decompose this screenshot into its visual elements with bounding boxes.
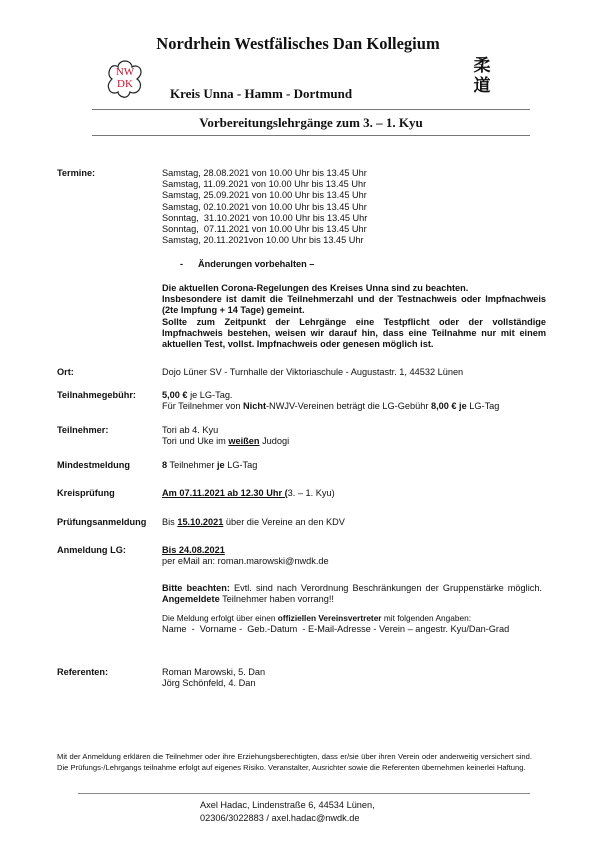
referenten-list: Roman Marowski, 5. Dan Jörg Schönfeld, 4… [162,667,265,689]
anmeldung-value: Bis 24.08.2021 per eMail an: roman.marow… [162,545,542,567]
mindestmeldung-value: 8 Teilnehmer je LG-Tag [162,460,257,471]
gebuehr-label: Teilnahmegebühr: [57,390,136,400]
corona-notice: Die aktuellen Corona-Regelungen des Krei… [162,283,546,350]
district-subtitle: Kreis Unna - Hamm - Dortmund [170,86,352,102]
header-divider-top [92,109,530,110]
liability-disclaimer: Mit der Anmeldung erklären die Teilnehme… [57,752,532,773]
referenten-label: Referenten: [57,667,108,677]
date-item: Samstag, 28.08.2021 von 10.00 Uhr bis 13… [162,168,367,179]
changes-bullet: - [180,259,183,270]
referent-item: Roman Marowski, 5. Dan [162,667,265,678]
teilnehmer-value: Tori ab 4. Kyu Tori und Uke im weißen Ju… [162,425,289,447]
corona-line-2: Insbesondere ist damit die Teilnehmerzah… [162,294,546,316]
exam-date: Am 07.11.2021 ab 12.30 Uhr ( [162,488,288,498]
pruefungsanmeldung-value: Bis 15.10.2021 über die Vereine an den K… [162,517,345,528]
date-item: Samstag, 02.10.2021 von 10.00 Uhr bis 13… [162,202,367,213]
corona-line-3: Sollte zum Zeitpunkt der Lehrgänge eine … [162,317,546,351]
logo-text: NW DK [104,66,146,90]
footer-address: Axel Hadac, Lindenstraße 6, 44534 Lünen, [200,799,375,812]
anmeldung-label: Anmeldung LG: [57,545,126,555]
kreispruefung-label: Kreisprüfung [57,488,115,498]
date-item: Samstag, 11.09.2021 von 10.00 Uhr bis 13… [162,179,367,190]
kreispruefung-value: Am 07.11.2021 ab 12.30 Uhr (3. – 1. Kyu) [162,488,335,499]
course-title: Vorbereitungslehrgänge zum 3. – 1. Kyu [0,115,596,131]
date-item: Samstag, 25.09.2021 von 10.00 Uhr bis 13… [162,190,367,201]
pruefungsanmeldung-label: Prüfungsanmeldung [57,517,146,527]
meldung-block: Die Meldung erfolgt über einen offiziell… [162,613,542,635]
mindestmeldung-label: Mindestmeldung [57,460,130,470]
corona-line-1: Die aktuellen Corona-Regelungen des Krei… [162,283,546,294]
ort-label: Ort: [57,367,74,377]
ort-value: Dojo Lüner SV - Turnhalle der Viktoriasc… [162,367,463,378]
termine-label: Termine: [57,168,95,178]
nwdk-logo: NW DK [104,58,146,100]
registration-deadline: Bis 24.08.2021 [162,545,542,556]
header-divider-bottom [92,135,530,136]
date-item: Sonntag, 31.10.2021 von 10.00 Uhr bis 13… [162,213,367,224]
referent-item: Jörg Schönfeld, 4. Dan [162,678,265,689]
registration-email[interactable]: per eMail an: roman.marowski@nwdk.de [162,556,542,567]
footer-contact: Axel Hadac, Lindenstraße 6, 44534 Lünen,… [200,799,375,825]
teilnehmer-label: Teilnehmer: [57,425,108,435]
exam-registration-deadline: 15.10.2021 [177,517,223,527]
footer-phone-email: 02306/3022883 / axel.hadac@nwdk.de [200,812,375,825]
judo-kanji: 柔 道 [462,56,502,96]
changes-note: Änderungen vorbehalten – [198,259,314,270]
fee-amount: 5,00 € [162,390,188,400]
fee-amount-external: 8,00 € je [431,401,467,411]
note-block: Bitte beachten: Evtl. sind nach Verordnu… [162,583,542,605]
organization-title: Nordrhein Westfälisches Dan Kollegium [0,34,596,54]
date-item: Sonntag, 07.11.2021 von 10.00 Uhr bis 13… [162,224,367,235]
required-fields: Name - Vorname - Geb.-Datum - E-Mail-Adr… [162,624,540,635]
footer-divider [78,793,530,794]
termine-dates: Samstag, 28.08.2021 von 10.00 Uhr bis 13… [162,168,367,246]
date-item: Samstag, 20.11.2021von 10.00 Uhr bis 13.… [162,235,367,246]
gebuehr-value: 5,00 € je LG-Tag. Für Teilnehmer von Nic… [162,390,499,412]
